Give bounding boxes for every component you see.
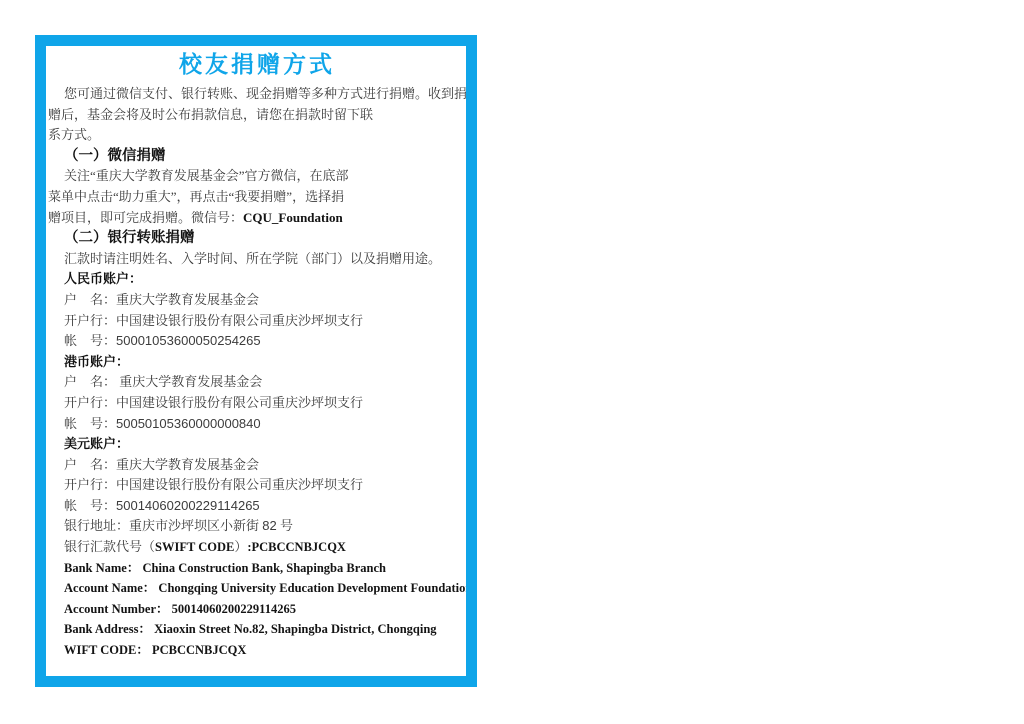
wechat-line-2: 菜单中点击“助力重大”，再点击“我要捐赠”，选择捐 [48, 187, 466, 208]
account-bank-value: 中国建设银行股份有限公司重庆沙坪坝支行 [116, 477, 363, 492]
donation-flyer: 校友捐赠方式 您可通过微信支付、银行转账、现金捐赠等多种方式进行捐赠。收到捐 赠… [35, 35, 477, 687]
usd-account-bank-row: 开户行：中国建设银行股份有限公司重庆沙坪坝支行 [48, 475, 466, 496]
account-name-value: 重庆大学教育发展基金会 [116, 292, 259, 307]
rmb-account-label: 人民币账户： [48, 269, 466, 290]
swift-code-row: 银行汇款代号（SWIFT CODE）:PCBCCNBJCQX [48, 537, 466, 558]
account-number-label: 帐 号： [64, 333, 116, 348]
hkd-account-label: 港币账户： [48, 352, 466, 373]
account-number-value: 50014060200229114265 [116, 498, 260, 513]
bank-address-label: 银行地址：重庆市沙坪坝区小新街 [64, 518, 262, 533]
swift-code-value: :PCBCCNBJCQX [247, 540, 346, 554]
account-name-value: 重庆大学教育发展基金会 [116, 457, 259, 472]
account-number-value: 50001053600050254265 [116, 333, 261, 348]
account-bank-label: 开户行： [64, 395, 116, 410]
account-number-label: 帐 号： [64, 498, 116, 513]
wechat-id-value: CQU_Foundation [243, 210, 343, 225]
account-bank-value: 中国建设银行股份有限公司重庆沙坪坝支行 [116, 313, 363, 328]
bank-section-heading: （二）银行转账捐赠 [48, 228, 466, 249]
account-bank-label: 开户行： [64, 313, 116, 328]
intro-line-1: 您可通过微信支付、银行转账、现金捐赠等多种方式进行捐赠。收到捐 [48, 84, 466, 105]
account-name-label: 户 名： [64, 292, 116, 307]
account-bank-label: 开户行： [64, 477, 116, 492]
hkd-account-number-row: 帐 号：50050105360000000840 [48, 414, 466, 435]
account-bank-value: 中国建设银行股份有限公司重庆沙坪坝支行 [116, 395, 363, 410]
swift-label-close: ） [234, 539, 247, 554]
english-account-number: Account Number： 50014060200229114265 [48, 599, 466, 620]
wechat-line-3: 赠项目，即可完成捐赠。微信号：CQU_Foundation [48, 208, 466, 229]
account-name-label: 户 名： [64, 374, 116, 389]
account-number-value: 50050105360000000840 [116, 416, 261, 431]
wechat-section-heading: （一）微信捐赠 [48, 146, 466, 167]
bank-address-row: 银行地址：重庆市沙坪坝区小新街 82 号 [48, 516, 466, 537]
english-swift-code: WIFT CODE： PCBCCNBJCQX [48, 640, 466, 661]
usd-account-number-row: 帐 号：50014060200229114265 [48, 496, 466, 517]
rmb-account-number-row: 帐 号：50001053600050254265 [48, 331, 466, 352]
page-title: 校友捐赠方式 [48, 51, 466, 77]
wechat-id-label: 赠项目，即可完成捐赠。微信号： [48, 210, 243, 225]
account-name-label: 户 名： [64, 457, 116, 472]
bank-address-number: 82 [262, 518, 276, 533]
rmb-account-bank-row: 开户行：中国建设银行股份有限公司重庆沙坪坝支行 [48, 311, 466, 332]
intro-line-2: 赠后，基金会将及时公布捐款信息，请您在捐款时留下联 [48, 105, 466, 126]
account-number-label: 帐 号： [64, 416, 116, 431]
usd-account-name-row: 户 名：重庆大学教育发展基金会 [48, 455, 466, 476]
account-name-value: 重庆大学教育发展基金会 [116, 374, 262, 389]
hkd-account-bank-row: 开户行：中国建设银行股份有限公司重庆沙坪坝支行 [48, 393, 466, 414]
usd-account-label: 美元账户： [48, 434, 466, 455]
english-account-name: Account Name： Chongqing University Educa… [48, 578, 466, 599]
rmb-account-name-row: 户 名：重庆大学教育发展基金会 [48, 290, 466, 311]
bank-address-suffix: 号 [277, 518, 293, 533]
swift-code-label: SWIFT CODE [155, 540, 234, 554]
hkd-account-name-row: 户 名： 重庆大学教育发展基金会 [48, 372, 466, 393]
english-bank-name: Bank Name： China Construction Bank, Shap… [48, 558, 466, 579]
wechat-line-1: 关注“重庆大学教育发展基金会”官方微信，在底部 [48, 166, 466, 187]
swift-label-prefix: 银行汇款代号（ [64, 539, 155, 554]
english-bank-address: Bank Address： Xiaoxin Street No.82, Shap… [48, 619, 466, 640]
intro-line-3: 系方式。 [48, 125, 466, 146]
bank-note: 汇款时请注明姓名、入学时间、所在学院（部门）以及捐赠用途。 [48, 249, 466, 270]
